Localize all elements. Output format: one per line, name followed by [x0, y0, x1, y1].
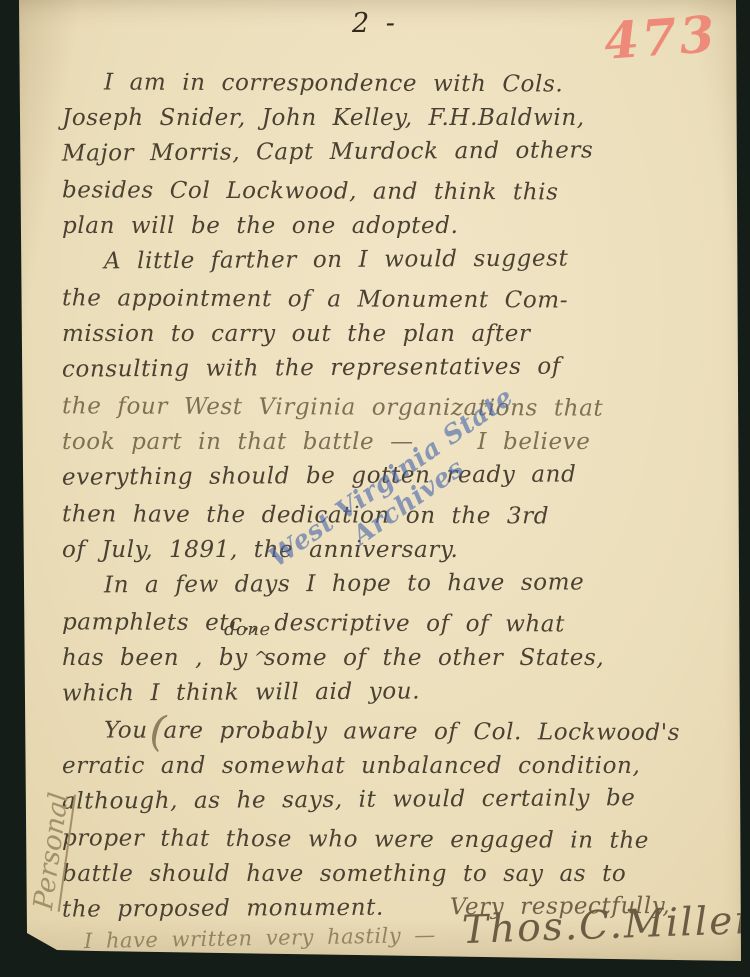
- letter-line: besides Col Lockwood, and think this: [0, 172, 750, 211]
- letter-line: mission to carry out the plan after: [0, 316, 750, 352]
- letter-line: took part in that battle — I believe: [0, 424, 750, 460]
- letter-line: which I think will aid you.: [0, 671, 750, 712]
- letter-line: plan will be the one adopted.: [0, 208, 750, 244]
- letter-line: the appointment of a Monument Com-: [0, 280, 750, 319]
- letter-line: proper that those who were engaged in th…: [0, 820, 750, 859]
- letter-line: In a few days I hope to have some: [0, 563, 750, 604]
- letter-line: erratic and somewhat unbalanced conditio…: [0, 748, 750, 784]
- letter-line: everything should be gotten ready and: [0, 455, 750, 496]
- letter-line: although, as he says, it would certainly…: [0, 779, 750, 820]
- letter-line: of July, 1891, the anniversary.: [0, 532, 750, 568]
- letter-line: then have the dedication on the 3rd: [0, 496, 750, 535]
- letter-line: Joseph Snider, John Kelley, F.H.Baldwin,: [0, 100, 750, 136]
- scanned-letter: 2 - 473 I am in correspondence with Cols…: [0, 0, 750, 977]
- letter-line: Major Morris, Capt Murdock and others: [0, 131, 750, 172]
- letter-page: 2 - 473 I am in correspondence with Cols…: [0, 0, 750, 977]
- letter-line: consulting with the representatives of: [0, 347, 750, 388]
- letter-line: I am in correspondence with Cols.: [0, 64, 750, 103]
- letter-line: pamphlets etc., descriptive of of what: [0, 604, 750, 643]
- letter-line: battle should have something to say as t…: [0, 856, 750, 892]
- archive-number-stamp: 473: [602, 4, 719, 71]
- letter-line: the four West Virginia organizations tha…: [0, 388, 750, 427]
- letter-line: has been , by some of the other States,: [0, 640, 750, 676]
- page-number: 2 -: [352, 8, 399, 39]
- signature-thos-c-miller: Thos.C.Miller: [461, 898, 750, 953]
- postscript-note: I have written very hastily —: [84, 923, 436, 953]
- letter-line: You are probably aware of Col. Lockwood'…: [0, 712, 750, 751]
- insertion-caret-mark: ^: [254, 648, 268, 668]
- letter-body: I am in correspondence with Cols. Joseph…: [0, 64, 750, 928]
- inserted-word: done: [224, 619, 271, 640]
- closing-line-text: the proposed monument.: [62, 895, 384, 923]
- letter-line: A little farther on I would suggest: [0, 239, 750, 280]
